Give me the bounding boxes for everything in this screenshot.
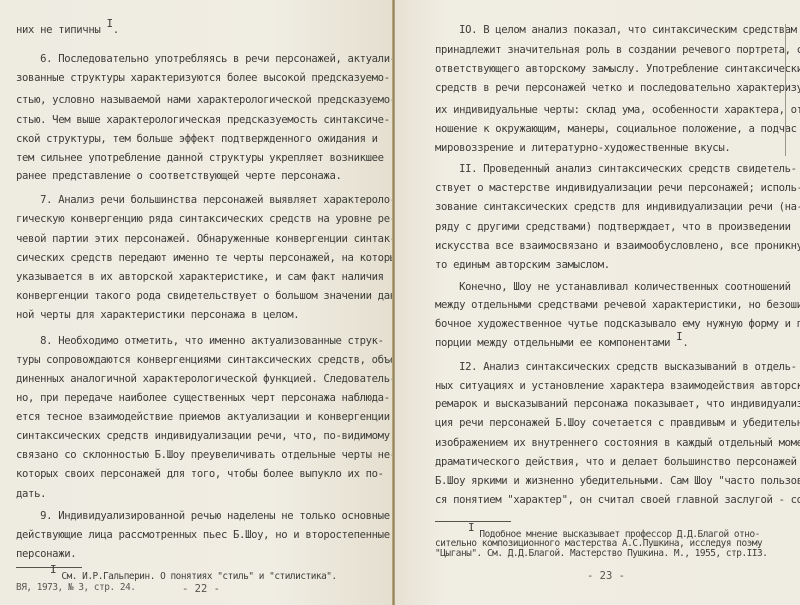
text-line: диненных аналогичной характерологической… <box>16 373 396 385</box>
text-line: средств в речи персонажей четко и послед… <box>435 82 800 94</box>
text-line: сических средств передают именно те черт… <box>16 252 402 264</box>
page-number: - 23 - <box>587 570 625 582</box>
text-line: них не типичны I. <box>16 24 119 36</box>
book-spread: них не типичны I. 6. Последовательно упо… <box>0 0 800 605</box>
text-line: персонажи. <box>16 548 76 560</box>
footnote-mark: I <box>50 563 56 576</box>
text-line: 6. Последовательно употребляясь в речи п… <box>16 53 396 65</box>
text-line: между отдельными средствами речевой хара… <box>435 299 800 311</box>
text-line: которых своих персонажей для того, чтобы… <box>16 468 384 480</box>
text-line: зование синтаксических средств для индив… <box>435 201 800 213</box>
text-line: действующие лица рассмотренных пьес Б.Шо… <box>16 529 390 541</box>
text-line: ранее представление о соответствующей че… <box>16 170 342 182</box>
text-line: их индивидуальные черты: склад ума, особ… <box>435 104 800 116</box>
text-line: бочное художественное чутье подсказывало… <box>435 318 800 330</box>
text-line: 8. Необходимо отметить, что именно актуа… <box>16 335 384 347</box>
text-line: мировоззрение и литературно-художественн… <box>435 142 730 154</box>
text-line: порции между отдельными ее компонентами … <box>435 337 688 349</box>
footnote-line: I См. И.Р.Гальперин. О понятиях "стиль" … <box>50 571 337 582</box>
text-line: Б.Шоу яркими и жизненно убедительными. С… <box>435 475 800 487</box>
left-page: них не типичны I. 6. Последовательно упо… <box>0 0 393 605</box>
text-line: Конечно, Шоу не устанавливал количествен… <box>435 281 791 293</box>
text-line: ответствующего авторскому замыслу. Употр… <box>435 63 800 75</box>
text-line: изображением их внутреннего состояния в … <box>435 437 800 449</box>
footnote-line: ВЯ, 1973, № 3, стр. 24. <box>16 583 135 593</box>
text-line: I2. Анализ синтаксических средств высказ… <box>435 361 797 373</box>
text-line: ношение к окружающим, манеры, социальное… <box>435 123 800 135</box>
text-line: конвергенции такого рода свидетельствует… <box>16 290 402 302</box>
text-line: ция речи персонажей Б.Шоу сочетается с п… <box>435 417 800 429</box>
text-line: драматического действия, что и делает бо… <box>435 456 797 468</box>
text-line: туры сопровождаются конвергенциями синта… <box>16 354 402 366</box>
text-line: 9. Индивидуализированной речью наделены … <box>16 510 390 522</box>
text-line: стью. Чем выше характерологическая предс… <box>16 114 390 126</box>
footnote-mark: I <box>106 17 112 30</box>
text-line: ся понятием "характер", он считал своей … <box>435 494 800 506</box>
footnote-mark: I <box>468 521 474 534</box>
footnote-line: "Цыганы". См. Д.Д.Благой. Мастерство Пуш… <box>435 549 767 559</box>
text-line: ется тесное взаимодействие приемов актуа… <box>16 411 390 423</box>
right-page: IO. В целом анализ показал, что синтакси… <box>395 0 800 605</box>
footnote-rule <box>16 567 82 568</box>
text-line: тем сильнее употребление данной структур… <box>16 152 384 164</box>
text-line: ной черты для характеристики персонажа в… <box>16 309 299 321</box>
text-line: стью, условно называемой нами характерол… <box>16 94 396 106</box>
text-line: искусства все взаимосвязано и взаимообус… <box>435 240 800 252</box>
text-line: гическую конвергенцию ряда синтаксически… <box>16 213 396 225</box>
text-line: связано со склонностью Б.Шоу преувеличив… <box>16 449 396 461</box>
text-line: ствует о мастерстве индивидуализации реч… <box>435 182 800 194</box>
margin-mark <box>785 24 786 156</box>
text-line: II. Проведенный анализ синтаксических ср… <box>435 163 797 175</box>
text-line: то единым авторским замыслом. <box>435 259 610 271</box>
text-line: принадлежит значительная роль в создании… <box>435 44 800 56</box>
text-line: ской структуры, тем больше эффект подтве… <box>16 133 378 145</box>
text-line: зованные структуры характеризуются более… <box>16 72 390 84</box>
text-line: указывается в их авторской характеристик… <box>16 271 384 283</box>
text-line: чевой партии этих персонажей. Обнаруженн… <box>16 233 396 245</box>
text-line: ряду с другими средствами) подтверждает,… <box>435 221 791 233</box>
text-line: ремарок и высказываний персонажа показыв… <box>435 398 800 410</box>
text-line: ных ситуациях и установление характера в… <box>435 380 800 392</box>
text-line: синтаксических средств индивидуализации … <box>16 430 396 442</box>
page-number: - 22 - <box>182 583 220 595</box>
text-line: но, при передаче наиболее существенных ч… <box>16 392 390 404</box>
footnote-mark: I <box>676 330 682 343</box>
text-line: 7. Анализ речи большинства персонажей вы… <box>16 194 396 206</box>
text-line: дать. <box>16 488 46 500</box>
text-line: IO. В целом анализ показал, что синтакси… <box>435 24 797 36</box>
